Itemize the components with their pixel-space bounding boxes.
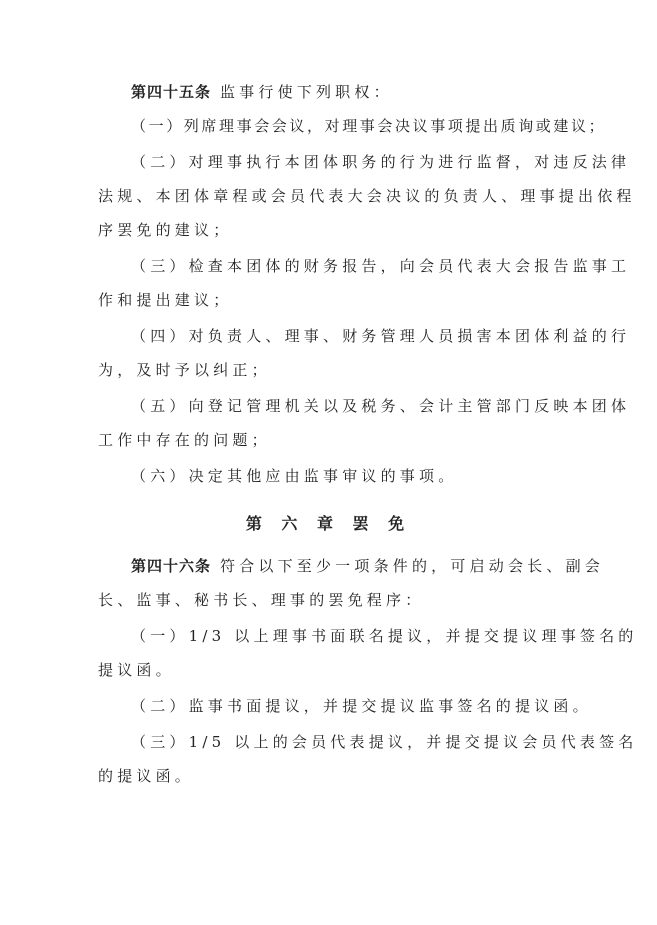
article-46-title: 第四十六条 [131, 557, 211, 575]
article-45-item-5-line-2: 工作中存在的问题； [98, 430, 566, 450]
article-45-item-2-line-1: （二）对理事执行本团体职务的行为进行监督，对违反法律 [131, 152, 566, 172]
article-45-item-4-line-1: （四）对负责人、理事、财务管理人员损害本团体利益的行 [131, 326, 566, 346]
article-45-title: 第四十五条 [131, 83, 211, 101]
chapter-6-heading: 第 六 章 罢 免 [0, 514, 657, 534]
document-page: 第四十五条 监事行使下列职权： （一）列席理事会会议，对理事会决议事项提出质询或… [0, 0, 657, 925]
article-45-item-4-line-2: 为，及时予以纠正； [98, 360, 566, 380]
article-45-item-3-line-2: 作和提出建议； [98, 290, 566, 310]
article-45-item-6: （六）决定其他应由监事审议的事项。 [131, 466, 566, 486]
article-45-item-3-line-1: （三）检查本团体的财务报告，向会员代表大会报告监事工 [131, 256, 566, 276]
article-45-heading: 第四十五条 监事行使下列职权： [131, 82, 566, 102]
article-46-intro-line-2: 长、监事、秘书长、理事的罢免程序： [98, 590, 566, 610]
article-46-item-2: （二）监事书面提议，并提交提议监事签名的提议函。 [131, 696, 566, 716]
article-46-intro-line-1: 符合以下至少一项条件的，可启动会长、副会 [211, 557, 604, 575]
article-46-item-3-line-1: （三）1/5 以上的会员代表提议，并提交提议会员代表签名 [131, 732, 566, 752]
article-45-intro: 监事行使下列职权： [211, 83, 393, 101]
article-45-item-1: （一）列席理事会会议，对理事会决议事项提出质询或建议； [131, 116, 566, 136]
article-45-item-2-line-3: 序罢免的建议； [98, 220, 566, 240]
article-45-item-5-line-1: （五）向登记管理机关以及税务、会计主管部门反映本团体 [131, 396, 566, 416]
article-46-item-1-line-2: 提议函。 [98, 660, 566, 680]
article-46-item-3-line-2: 的提议函。 [98, 766, 566, 786]
article-46-heading: 第四十六条 符合以下至少一项条件的，可启动会长、副会 [131, 556, 566, 576]
article-46-item-1-line-1: （一）1/3 以上理事书面联名提议，并提交提议理事签名的 [131, 626, 566, 646]
article-45-item-2-line-2: 法规、本团体章程或会员代表大会决议的负责人、理事提出依程 [98, 186, 566, 206]
